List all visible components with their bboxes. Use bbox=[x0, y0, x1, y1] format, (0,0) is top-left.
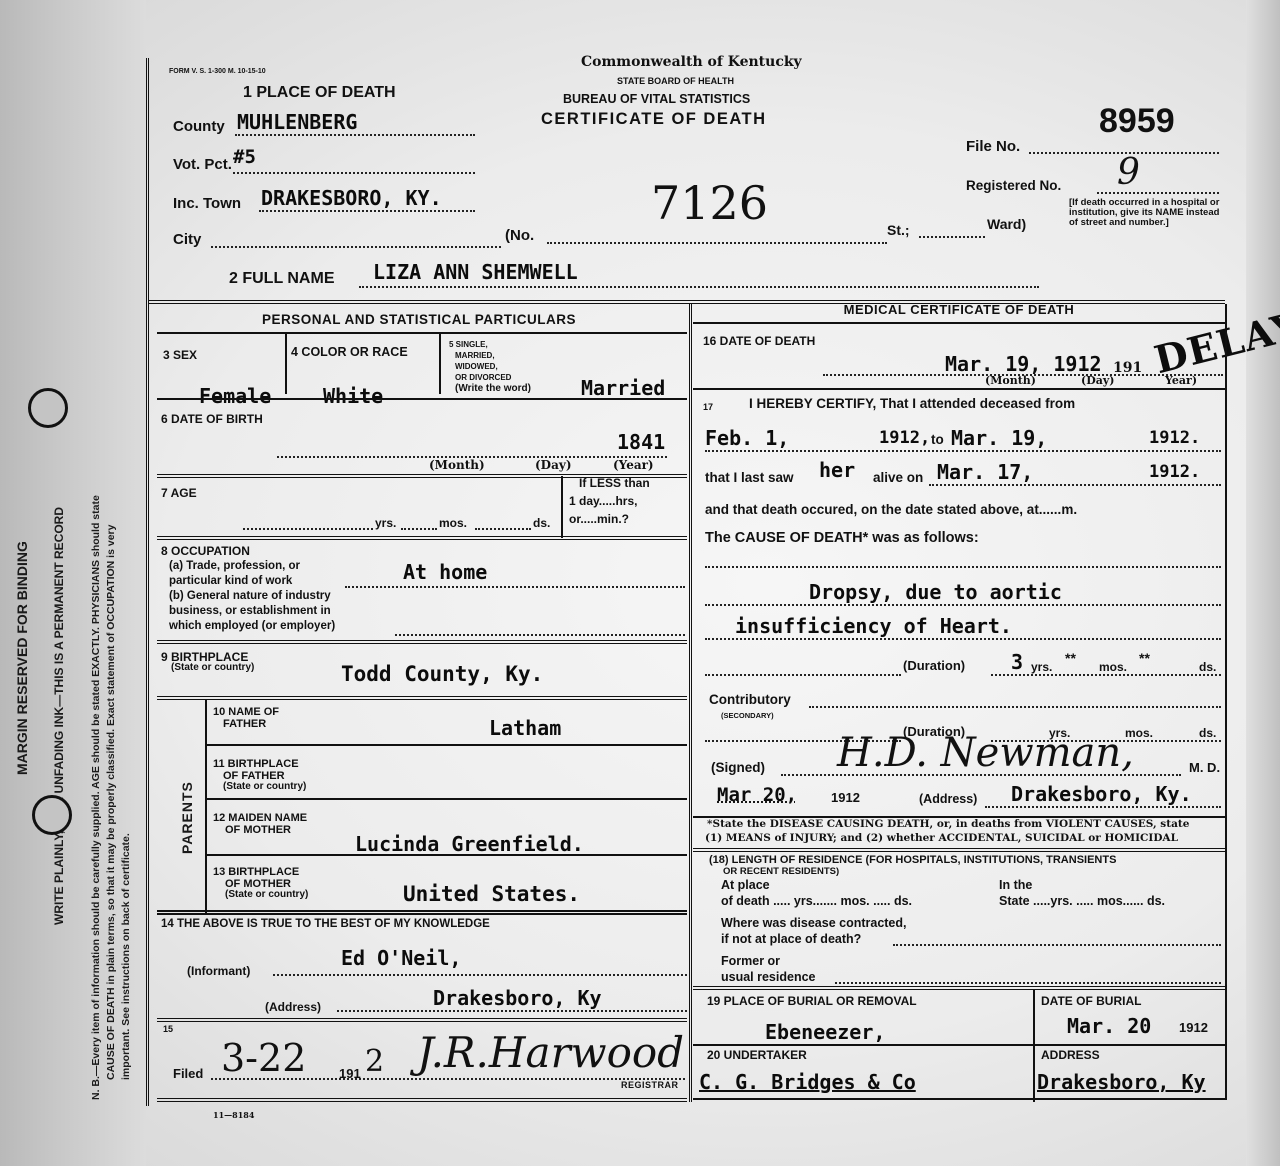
age-mos-line bbox=[401, 528, 437, 530]
age-yrs-line bbox=[243, 528, 373, 530]
marital-value: Married bbox=[581, 376, 665, 400]
state-board-title: STATE BOARD OF HEALTH bbox=[617, 76, 734, 86]
registered-no-line bbox=[1097, 192, 1219, 194]
attended-from-year: 1912, bbox=[879, 428, 930, 448]
commonwealth-title: Commonwealth of Kentucky bbox=[581, 54, 802, 70]
street-no-value: 7126 bbox=[651, 176, 768, 230]
inc-town-label: Inc. Town bbox=[173, 195, 241, 212]
employer-line bbox=[395, 634, 685, 636]
column-divider bbox=[689, 304, 692, 1102]
filed-label: Filed bbox=[173, 1066, 203, 1081]
divider bbox=[439, 334, 441, 394]
less-than-1: If LESS than bbox=[579, 476, 650, 490]
attended-to-date: Mar. 19, bbox=[951, 426, 1047, 450]
in-state-label-2: State .....yrs. ..... mos...... ds. bbox=[999, 894, 1165, 908]
duration-line bbox=[991, 674, 1221, 676]
mother-value: Lucinda Greenfield. bbox=[355, 832, 584, 856]
divider bbox=[1033, 990, 1035, 1102]
divider bbox=[693, 388, 1225, 390]
divider bbox=[157, 640, 687, 644]
former-line bbox=[835, 982, 1221, 984]
informant-address-line bbox=[337, 1010, 687, 1012]
sex-label: 3 SEX bbox=[163, 348, 197, 362]
divider bbox=[157, 1018, 687, 1022]
divider bbox=[693, 848, 1225, 852]
duration-ds-value: ** bbox=[1139, 650, 1150, 666]
alive-on-date: Mar. 17, bbox=[937, 460, 1033, 484]
informant-address-label: (Address) bbox=[265, 1000, 321, 1014]
dob-label: 6 DATE OF BIRTH bbox=[161, 412, 263, 426]
margin-note-line1: N. B.—Every item of information should b… bbox=[90, 495, 102, 1100]
signed-label: (Signed) bbox=[711, 760, 765, 775]
county-line bbox=[235, 134, 475, 136]
less-than-3: or.....min.? bbox=[569, 512, 629, 526]
signed-date-value: Mar 20, bbox=[717, 784, 797, 806]
contributory-line bbox=[809, 706, 1221, 708]
marital-label-3: WIDOWED, bbox=[455, 362, 498, 371]
duration-ds-label: ds. bbox=[1199, 660, 1216, 674]
dob-year-caption: (Year) bbox=[613, 458, 654, 472]
st-label: St.; bbox=[887, 222, 910, 238]
contracted-line bbox=[893, 944, 1221, 946]
full-name-label: 2 FULL NAME bbox=[229, 270, 334, 288]
full-name-value: LIZA ANN SHEMWELL bbox=[373, 260, 578, 284]
footnote-line2: (1) MEANS of INJURY; and (2) whether ACC… bbox=[705, 832, 1178, 844]
age-yrs-label: yrs. bbox=[375, 516, 396, 530]
file-no-value: 8959 bbox=[1099, 102, 1175, 141]
death-certificate-form: FORM V. S. 1-300 M. 10-15-10 1 PLACE OF … bbox=[146, 58, 1231, 1106]
contracted-label-1: Where was disease contracted, bbox=[721, 916, 907, 930]
cause-line2-value: insufficiency of Heart. bbox=[735, 614, 1012, 638]
race-value: White bbox=[323, 384, 383, 408]
county-label: County bbox=[173, 118, 225, 135]
vot-pct-value: #5 bbox=[233, 146, 256, 168]
at-place-label-1: At place bbox=[721, 878, 770, 892]
attended-to-year: 1912. bbox=[1149, 428, 1200, 448]
registrar-signature: J.R.Harwood bbox=[417, 1028, 684, 1077]
punch-hole-top bbox=[28, 388, 68, 428]
birthplace-value: Todd County, Ky. bbox=[341, 662, 543, 686]
burial-date-year: 1912 bbox=[1179, 1020, 1208, 1035]
inc-town-value: DRAKESBORO, KY. bbox=[261, 186, 442, 210]
physician-address-line bbox=[985, 806, 1221, 808]
ward-label: Ward) bbox=[987, 216, 1026, 232]
occupation-line bbox=[345, 586, 685, 588]
attended-line bbox=[705, 450, 1221, 452]
parents-side-label: PARENTS bbox=[179, 781, 195, 854]
city-line bbox=[211, 246, 501, 248]
certify-text: I HEREBY CERTIFY, That I attended deceas… bbox=[749, 396, 1075, 411]
divider bbox=[693, 1098, 1225, 1100]
occupation-b-2: business, or establishment in bbox=[169, 605, 331, 617]
street-no-label: (No. bbox=[505, 227, 534, 244]
street-line bbox=[547, 242, 887, 244]
dob-day-caption: (Day) bbox=[535, 458, 572, 472]
divider bbox=[157, 1098, 687, 1102]
duration-mos-value: ** bbox=[1065, 650, 1076, 666]
sex-value: Female bbox=[199, 384, 271, 408]
age-label: 7 AGE bbox=[161, 486, 197, 500]
duration-label: (Duration) bbox=[903, 658, 965, 673]
last-saw-label: that I last saw bbox=[705, 470, 794, 485]
duration-yrs-value: 3 bbox=[1011, 650, 1023, 674]
physician-signature: H.D. Newman, bbox=[837, 730, 1134, 776]
residence-heading-1: (18) LENGTH OF RESIDENCE (FOR HOSPITALS,… bbox=[709, 854, 1116, 866]
filed-year-prefix: 191 bbox=[339, 1066, 361, 1081]
age-mos-label: mos. bbox=[439, 516, 467, 530]
father-bp-label-1: 11 BIRTHPLACE bbox=[213, 758, 299, 770]
divider bbox=[205, 700, 207, 914]
place-of-death-heading: 1 PLACE OF DEATH bbox=[243, 84, 396, 102]
form-number: FORM V. S. 1-300 M. 10-15-10 bbox=[169, 68, 266, 75]
undertaker-address-value: Drakesboro, Ky bbox=[1037, 1070, 1206, 1094]
burial-place-label: 19 PLACE OF BURIAL OR REMOVAL bbox=[707, 994, 917, 1008]
margin-note-line3: important. See instructions on back of c… bbox=[120, 833, 132, 1080]
inc-town-line bbox=[259, 210, 475, 212]
divider bbox=[157, 696, 687, 700]
burial-date-value: Mar. 20 bbox=[1067, 1014, 1151, 1038]
divider bbox=[207, 798, 687, 800]
dod-label: 16 DATE OF DEATH bbox=[703, 334, 815, 348]
father-bp-label-3: (State or country) bbox=[223, 781, 306, 792]
registrar-label: REGISTRAR bbox=[621, 1080, 679, 1090]
filed-date-value: 3-22 bbox=[221, 1036, 306, 1080]
race-label: 4 COLOR OR RACE bbox=[291, 345, 408, 359]
mother-label-1: 12 MAIDEN NAME bbox=[213, 812, 307, 824]
signed-year-value: 1912 bbox=[831, 790, 860, 805]
informant-line bbox=[273, 974, 687, 976]
divider bbox=[693, 1044, 1225, 1046]
death-time-text: and that death occured, on the date stat… bbox=[705, 502, 1077, 517]
dob-year-value: 1841 bbox=[617, 430, 665, 454]
undertaker-label: 20 UNDERTAKER bbox=[707, 1048, 807, 1062]
marital-label-4: OR DIVORCED bbox=[455, 373, 511, 382]
duration-yrs-label: yrs. bbox=[1031, 660, 1052, 674]
marital-label-5: (Write the word) bbox=[455, 383, 531, 394]
cause-line-0 bbox=[705, 566, 1221, 568]
dod-month-caption: (Month) bbox=[985, 374, 1036, 387]
divider bbox=[207, 744, 687, 746]
cause-line1-value: Dropsy, due to aortic bbox=[809, 580, 1062, 604]
mother-bp-label-1: 13 BIRTHPLACE bbox=[213, 866, 299, 878]
certify-num: 17 bbox=[703, 402, 713, 412]
undertaker-value: C. G. Bridges & Co bbox=[699, 1070, 916, 1094]
informant-heading: 14 THE ABOVE IS TRUE TO THE BEST OF MY K… bbox=[161, 918, 490, 930]
in-state-label-1: In the bbox=[999, 878, 1032, 892]
page-edge bbox=[1246, 0, 1280, 1166]
duration-pre-line bbox=[705, 674, 901, 676]
occupation-label: 8 OCCUPATION bbox=[161, 544, 250, 558]
age-ds-label: ds. bbox=[533, 516, 550, 530]
occupation-b-3: which employed (or employer) bbox=[169, 620, 335, 632]
marital-label-2: MARRIED, bbox=[455, 351, 495, 360]
county-value: MUHLENBERG bbox=[237, 110, 357, 134]
contracted-label-2: if not at place of death? bbox=[721, 932, 861, 946]
dod-value: Mar. 19, 1912 bbox=[945, 352, 1102, 376]
registered-no-value: 9 bbox=[1117, 152, 1140, 193]
contrib-ds-label: ds. bbox=[1199, 726, 1216, 740]
occupation-a-1: (a) Trade, profession, or bbox=[169, 560, 300, 572]
alive-on-year: 1912. bbox=[1149, 462, 1200, 482]
mother-birthplace-value: United States. bbox=[403, 882, 580, 906]
divider bbox=[157, 398, 687, 400]
dod-day-caption: (Day) bbox=[1081, 374, 1114, 387]
form-right-border bbox=[1225, 304, 1227, 1100]
at-place-label-2: of death ..... yrs....... mos. ..... ds. bbox=[721, 894, 912, 908]
occupation-b-1: (b) General nature of industry bbox=[169, 590, 331, 602]
attended-from-date: Feb. 1, bbox=[705, 426, 789, 450]
certificate-title: CERTIFICATE OF DEATH bbox=[541, 110, 767, 129]
burial-place-value: Ebeneezer, bbox=[765, 1020, 885, 1044]
age-ds-line bbox=[475, 528, 531, 530]
registered-no-label: Registered No. bbox=[966, 178, 1061, 193]
physician-address-label: (Address) bbox=[919, 792, 977, 806]
duration-mos-label: mos. bbox=[1099, 660, 1127, 674]
divider bbox=[693, 986, 1225, 990]
divider bbox=[693, 322, 1225, 324]
mother-bp-label-3: (State or country) bbox=[225, 889, 308, 900]
city-label: City bbox=[173, 231, 201, 248]
divider bbox=[285, 334, 287, 394]
divider bbox=[561, 476, 563, 538]
divider bbox=[157, 910, 687, 915]
alive-on-label: alive on bbox=[873, 470, 923, 485]
informant-address-value: Drakesboro, Ky bbox=[433, 986, 602, 1010]
print-code: 11—8184 bbox=[213, 1110, 254, 1120]
cause-label: The CAUSE OF DEATH* was as follows: bbox=[705, 530, 979, 546]
bureau-title: BUREAU OF VITAL STATISTICS bbox=[563, 92, 750, 106]
father-value: Latham bbox=[489, 716, 561, 740]
footnote-line1: *State the DISEASE CAUSING DEATH, or, in… bbox=[707, 818, 1189, 830]
dob-month-caption: (Month) bbox=[429, 458, 485, 472]
physician-address-value: Drakesboro, Ky. bbox=[1011, 782, 1192, 806]
cause-line-1 bbox=[705, 604, 1221, 606]
permanent-record-text: WRITE PLAINLY, WITH UNFADING INK—THIS IS… bbox=[52, 507, 66, 925]
divider bbox=[157, 536, 687, 540]
former-label-2: usual residence bbox=[721, 970, 816, 984]
filed-year-suffix: 2 bbox=[365, 1044, 384, 1079]
informant-label: (Informant) bbox=[187, 964, 250, 978]
marital-label-1: 5 SINGLE, bbox=[449, 340, 488, 349]
vot-pct-label: Vot. Pct. bbox=[173, 156, 232, 173]
divider bbox=[157, 332, 687, 334]
mother-label-2: OF MOTHER bbox=[225, 824, 291, 836]
birthplace-sub: (State or country) bbox=[171, 662, 254, 673]
file-no-label: File No. bbox=[966, 138, 1020, 155]
personal-heading: PERSONAL AND STATISTICAL PARTICULARS bbox=[149, 312, 689, 327]
last-saw-pronoun: her bbox=[819, 458, 855, 482]
margin-reserved-text: MARGIN RESERVED FOR BINDING bbox=[14, 541, 30, 775]
burial-date-label: DATE OF BURIAL bbox=[1041, 994, 1141, 1008]
residence-heading-2: OR RECENT RESIDENTS) bbox=[723, 866, 839, 877]
secondary-label: (SECONDARY) bbox=[721, 711, 774, 720]
medical-heading: MEDICAL CERTIFICATE OF DEATH bbox=[693, 302, 1225, 317]
ward-line bbox=[919, 236, 985, 238]
full-name-line bbox=[359, 286, 1039, 288]
punch-hole-bottom bbox=[32, 795, 72, 835]
less-than-2: 1 day.....hrs, bbox=[569, 494, 637, 508]
undertaker-address-label: ADDRESS bbox=[1041, 1048, 1100, 1062]
alive-on-line bbox=[929, 484, 1221, 486]
informant-value: Ed O'Neil, bbox=[341, 946, 461, 970]
md-label: M. D. bbox=[1189, 760, 1220, 775]
divider bbox=[207, 854, 687, 856]
filed-num: 15 bbox=[163, 1024, 173, 1034]
contributory-label: Contributory bbox=[709, 692, 791, 707]
vot-pct-line bbox=[233, 172, 475, 174]
margin-note-line2: CAUSE OF DEATH in plain terms, so that i… bbox=[105, 525, 117, 1080]
occupation-a-2: particular kind of work bbox=[169, 575, 292, 587]
father-label-2: FATHER bbox=[223, 718, 266, 730]
cause-line-2 bbox=[705, 638, 1221, 640]
hospital-note: [If death occurred in a hospital or inst… bbox=[1069, 198, 1229, 228]
father-label-1: 10 NAME OF bbox=[213, 706, 279, 718]
to-label: to bbox=[931, 432, 944, 447]
dod-year-field: 191 bbox=[1113, 360, 1142, 376]
occupation-value: At home bbox=[403, 560, 487, 584]
former-label-1: Former or bbox=[721, 954, 780, 968]
